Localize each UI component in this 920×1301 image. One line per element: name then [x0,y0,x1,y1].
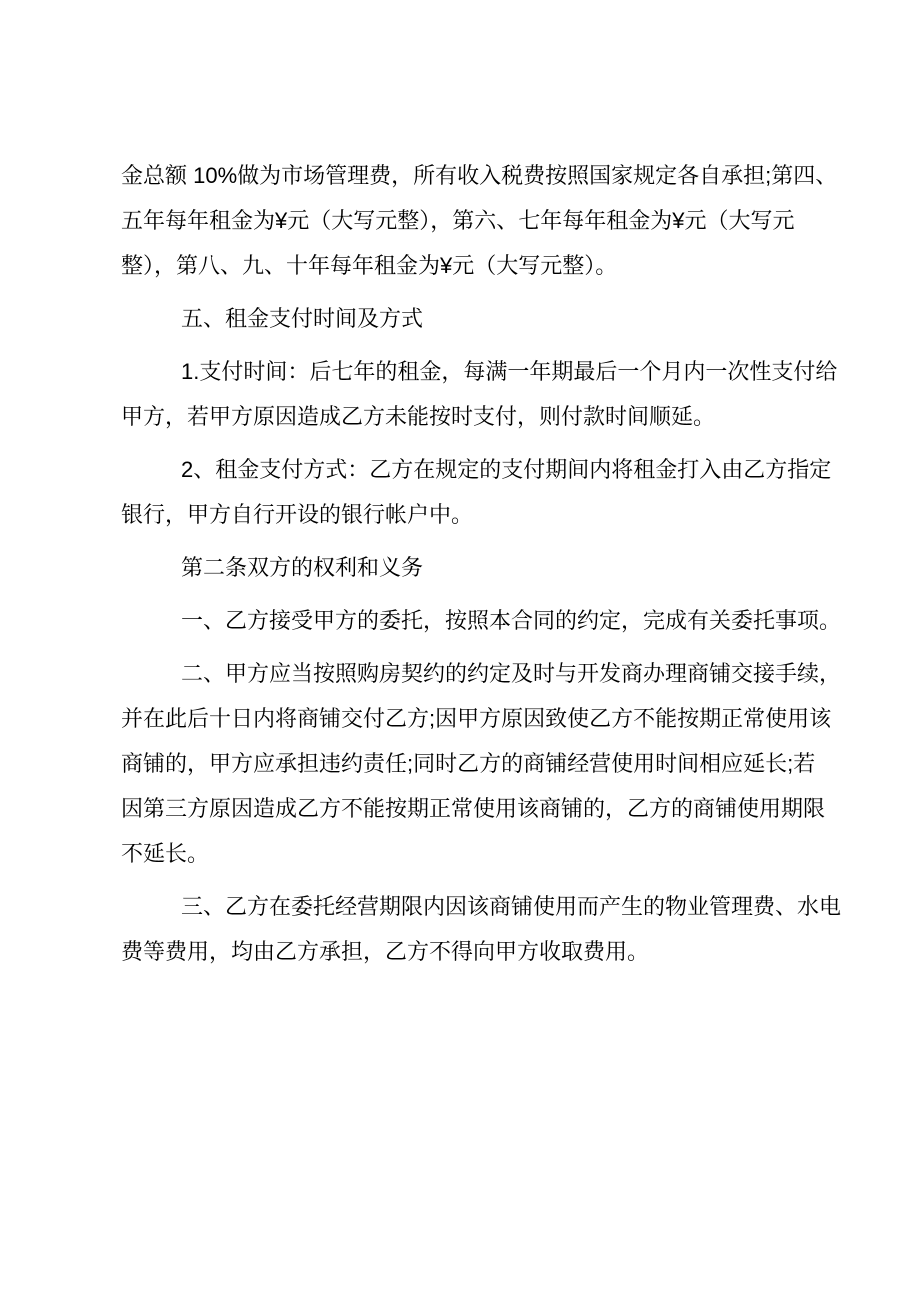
paragraph: 三、乙方在委托经营期限内因该商铺使用而产生的物业管理费、水电 费等费用，均由乙方… [121,884,869,974]
paragraph: 1.支付时间：后七年的租金，每满一年期最后一个月内一次性支付给 甲方，若甲方原因… [121,349,869,439]
paragraph: 2、租金支付方式：乙方在规定的支付期间内将租金打入由乙方指定 银行，甲方自行开设… [121,447,869,537]
paragraph: 一、乙方接受甲方的委托，按照本合同的约定，完成有关委托事项。 [121,598,869,643]
paragraph: 二、甲方应当按照购房契约的约定及时与开发商办理商铺交接手续， 并在此后十日内将商… [121,651,869,876]
document-content: 金总额 10%做为市场管理费，所有收入税费按照国家规定各自承担;第四、 五年每年… [121,153,869,982]
paragraph: 五、租金支付时间及方式 [121,296,869,341]
paragraph: 金总额 10%做为市场管理费，所有收入税费按照国家规定各自承担;第四、 五年每年… [121,153,869,288]
document-page: 金总额 10%做为市场管理费，所有收入税费按照国家规定各自承担;第四、 五年每年… [0,0,920,1301]
paragraph: 第二条双方的权利和义务 [121,545,869,590]
